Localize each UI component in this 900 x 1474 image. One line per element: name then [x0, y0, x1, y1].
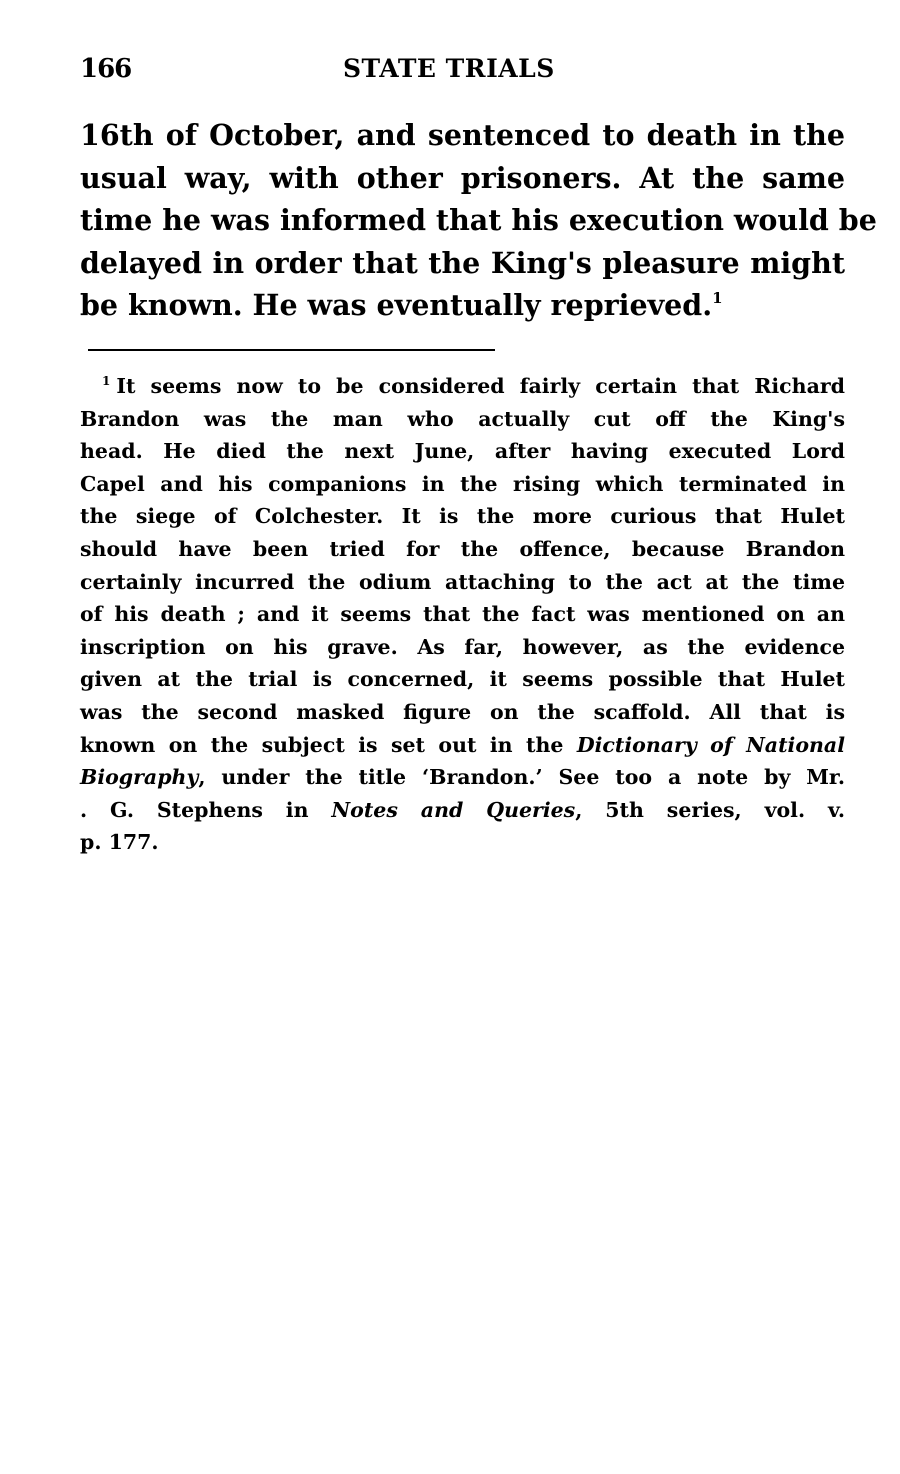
running-title: STATE TRIALS	[343, 54, 555, 83]
footnote-line: p. 177.	[80, 826, 845, 859]
footnote-line: Brandon was the man who actually cut off…	[80, 403, 845, 436]
footnote-line: certainly incurred the odium attaching t…	[80, 566, 845, 599]
italic-title-text: Dictionary of National	[577, 733, 845, 757]
footnote-text: , 5th series, vol. v.	[575, 798, 845, 822]
footnote-line: should have been tried for the offence, …	[80, 533, 845, 566]
body-line: 16th of October, and sentenced to death …	[80, 114, 845, 157]
footnote-text: of his death ; and it seems that the fac…	[80, 602, 845, 626]
body-paragraph: 16th of October, and sentenced to death …	[80, 114, 845, 327]
italic-title-text: Notes and Queries	[331, 798, 575, 822]
footnote-line: given at the trial is concerned, it seem…	[80, 663, 845, 696]
footnote-line: 1It seems now to be considered fairly ce…	[80, 370, 845, 403]
body-line: delayed in order that the King's pleasur…	[80, 242, 845, 285]
footnote-text: known on the subject is set out in the	[80, 733, 577, 757]
italic-title-text: Biography	[80, 765, 198, 789]
footnote-line: inscription on his grave. As far, howeve…	[80, 631, 845, 664]
body-line: time he was informed that his execution …	[80, 199, 845, 242]
footnote-line: . G. Stephens in Notes and Queries, 5th …	[80, 794, 845, 827]
footnote-text: head. He died the next June, after havin…	[80, 439, 845, 463]
footnote-line: Biography, under the title ‘Brandon.’ Se…	[80, 761, 845, 794]
footnote-text: inscription on his grave. As far, howeve…	[80, 635, 845, 659]
body-line-last: be known. He was eventually reprieved.1	[80, 284, 845, 327]
footnotes-section: 1It seems now to be considered fairly ce…	[80, 370, 845, 859]
footnote-text: . G. Stephens in	[80, 798, 331, 822]
footnote-divider	[88, 349, 495, 351]
footnote-line: of his death ; and it seems that the fac…	[80, 598, 845, 631]
footnote-line: was the second masked figure on the scaf…	[80, 696, 845, 729]
page-number: 166	[80, 54, 131, 84]
footnote-text: the siege of Colchester. It is the more …	[80, 504, 845, 528]
footnote-text: given at the trial is concerned, it seem…	[80, 667, 845, 691]
footnote-text: p. 177.	[80, 830, 159, 854]
footnote-reference: 1	[712, 289, 722, 307]
footnote-text: was the second masked figure on the scaf…	[80, 700, 845, 724]
footnote-text: , under the title ‘Brandon.’ See too a n…	[198, 765, 845, 789]
footnote-line: Capel and his companions in the rising w…	[80, 468, 845, 501]
footnote-text: should have been tried for the offence, …	[80, 537, 845, 561]
footnote-marker: 1	[102, 374, 110, 388]
footnote-line: known on the subject is set out in the D…	[80, 729, 845, 762]
footnote-text: certainly incurred the odium attaching t…	[80, 570, 845, 594]
footnote-line: head. He died the next June, after havin…	[80, 435, 845, 468]
running-head: 166 STATE TRIALS	[80, 54, 845, 94]
footnote-text: Brandon was the man who actually cut off…	[80, 407, 845, 431]
body-line-text: be known. He was eventually reprieved.	[80, 288, 712, 322]
body-line: usual way, with other prisoners. At the …	[80, 157, 845, 200]
footnote-line: the siege of Colchester. It is the more …	[80, 500, 845, 533]
footnote-text: Capel and his companions in the rising w…	[80, 472, 845, 496]
footnote-text: It seems now to be considered fairly cer…	[116, 374, 845, 398]
